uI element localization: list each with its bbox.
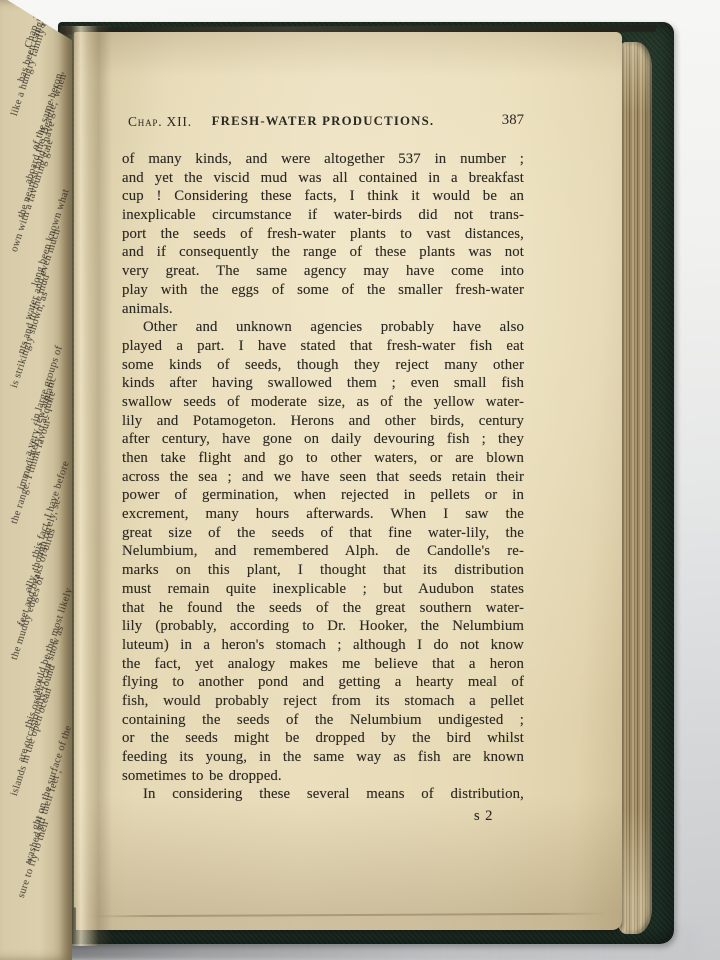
text-line: Other and unknown agencies probably have…: [122, 318, 524, 337]
text-line: cup ! Considering these facts, I think i…: [122, 187, 524, 206]
text-line: In considering these several means of di…: [122, 785, 524, 804]
photo-background: Chap. XII. FRESH-WATER PRODUCTIONS. 387 …: [0, 0, 720, 960]
text-line: the fact, yet analogy makes me believe t…: [122, 655, 524, 674]
text-line: of many kinds, and were altogether 537 i…: [122, 150, 524, 169]
text-line: and if consequently the range of these p…: [122, 243, 524, 262]
text-line: or the seeds might be dropped by the bir…: [122, 729, 524, 748]
text-line: play with the eggs of some of the smalle…: [122, 281, 524, 300]
text-line: swallow seeds of moderate size, as of th…: [122, 393, 524, 412]
text-line: power of germination, when rejected in p…: [122, 486, 524, 505]
text-line: animals.: [122, 300, 524, 319]
left-page: AL DISTRIBUTION.Chap. XII.has been caugh…: [0, 0, 72, 960]
chapter-label: Chap. XII.: [128, 114, 192, 130]
text-line: across the sea ; and we have seen that s…: [122, 468, 524, 487]
text-line: Nelumbium, and remembered Alph. de Cando…: [122, 542, 524, 561]
text-line: must remain quite inexplicable ; but Aud…: [122, 580, 524, 599]
text-line: and yet the viscid mud was all contained…: [122, 169, 524, 188]
text-line: lily (probably, according to Dr. Hooker,…: [122, 617, 524, 636]
text-line: played a part. I have stated that fresh-…: [122, 337, 524, 356]
page-bottom-crease: [88, 913, 608, 918]
body-text: of many kinds, and were altogether 537 i…: [122, 150, 524, 826]
text-line: great size of the seeds of that fine wat…: [122, 524, 524, 543]
text-line: fish, would probably reject from its sto…: [122, 692, 524, 711]
text-line: that he found the seeds of the great sou…: [122, 599, 524, 618]
text-line: marks on this plant, I thought that its …: [122, 561, 524, 580]
text-line: flying to another pond and getting a hea…: [122, 673, 524, 692]
text-line: feeding its young, in the same way as fi…: [122, 748, 524, 767]
page-number: 387: [502, 112, 524, 129]
text-line: sometimes to be dropped.: [122, 767, 524, 786]
text-line: excrement, many hours afterwards. When I…: [122, 505, 524, 524]
text-line: some kinds of seeds, though they reject …: [122, 356, 524, 375]
text-line: then take flight and go to other waters,…: [122, 449, 524, 468]
signature-mark: s 2: [122, 807, 524, 826]
text-line: lily and Potamogeton. Herons and other b…: [122, 412, 524, 431]
right-page: Chap. XII. FRESH-WATER PRODUCTIONS. 387 …: [74, 32, 622, 930]
text-line: luteum) in a heron's stomach ; although …: [122, 636, 524, 655]
text-line: inexplicable circumstance if water-birds…: [122, 206, 524, 225]
text-line: containing the seeds of the Nelumbium un…: [122, 711, 524, 730]
page-header: Chap. XII. FRESH-WATER PRODUCTIONS. 387: [122, 114, 524, 136]
text-line: kinds after having swallowed them ; even…: [122, 374, 524, 393]
text-line: after century, have gone on daily devour…: [122, 430, 524, 449]
text-line: port the seeds of fresh-water plants to …: [122, 225, 524, 244]
text-line: very great. The same agency may have com…: [122, 262, 524, 281]
left-page-text-fragment: AL DISTRIBUTION.: [30, 0, 70, 15]
